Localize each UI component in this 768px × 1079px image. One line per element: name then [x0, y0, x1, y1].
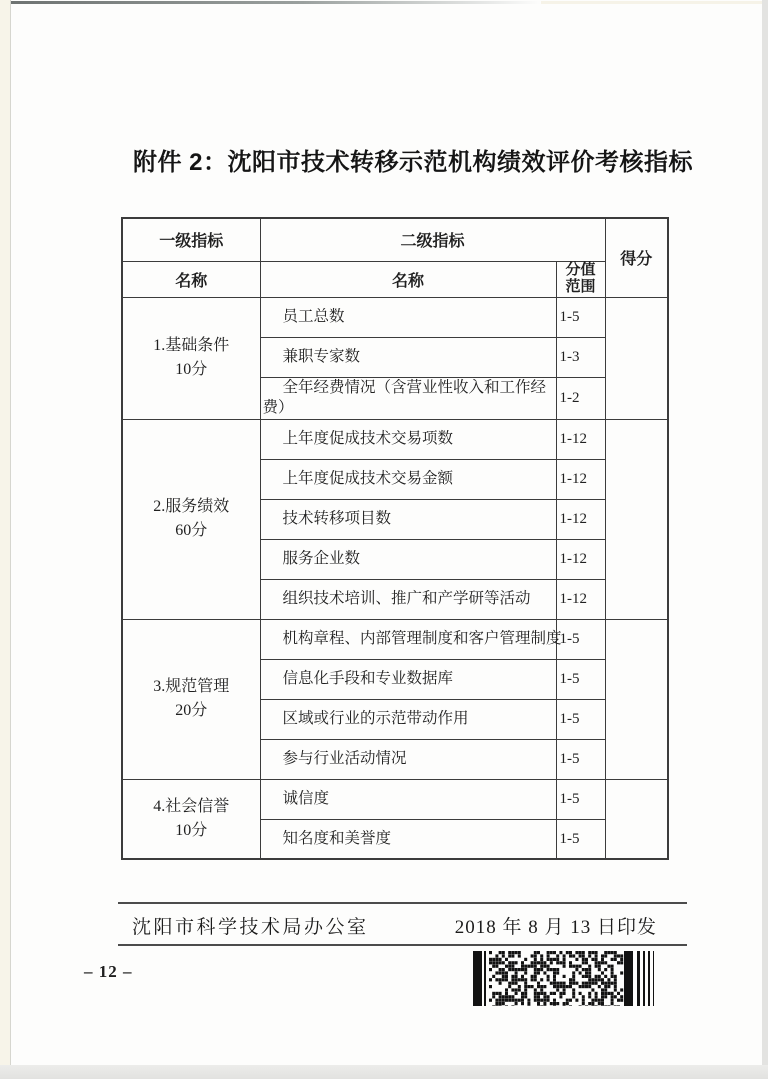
level1-indicator-cell: 4.社会信誉10分	[122, 779, 260, 859]
scan-edge-top-light	[541, 1, 768, 4]
footer-row: 沈阳市科学技术局办公室 2018 年 8 月 13 日印发	[118, 908, 687, 942]
indicator-table-body: 1.基础条件10分员工总数1-5兼职专家数1-3全年经费情况（含营业性收入和工作…	[122, 297, 668, 859]
level2-name-cell: 知名度和美誉度	[260, 819, 556, 859]
level1-indicator-cell: 3.规范管理20分	[122, 619, 260, 779]
table-row: 3.规范管理20分机构章程、内部管理制度和客户管理制度1-5	[122, 619, 668, 659]
print-date: 2018 年 8 月 13 日印发	[455, 912, 687, 939]
level2-name-cell: 全年经费情况（含营业性收入和工作经费）	[260, 377, 556, 419]
indicator-table: 一级指标 二级指标 得分 名称 名称 分值 范围 1.基础条件10分员工总数1-…	[121, 217, 669, 860]
score-range-cell: 1-5	[556, 699, 605, 739]
score-range-cell: 1-5	[556, 739, 605, 779]
score-range-cell: 1-12	[556, 459, 605, 499]
level2-name-cell: 兼职专家数	[260, 337, 556, 377]
score-range-cell: 1-3	[556, 337, 605, 377]
level1-name: 4.社会信誉	[123, 795, 260, 819]
score-range-cell: 1-12	[556, 419, 605, 459]
score-range-cell: 1-12	[556, 579, 605, 619]
level2-name-cell: 诚信度	[260, 779, 556, 819]
score-range-cell: 1-5	[556, 779, 605, 819]
level1-indicator-cell: 2.服务绩效60分	[122, 419, 260, 619]
header-score-range: 分值 范围	[556, 261, 605, 297]
level2-name-cell: 区域或行业的示范带动作用	[260, 699, 556, 739]
scan-edge-top	[11, 1, 541, 4]
header-score: 得分	[605, 218, 668, 297]
level2-name-cell: 机构章程、内部管理制度和客户管理制度	[260, 619, 556, 659]
table-row: 2.服务绩效60分上年度促成技术交易项数1-12	[122, 419, 668, 459]
level1-points: 60分	[123, 519, 260, 543]
level2-name-cell: 组织技术培训、推广和产学研等活动	[260, 579, 556, 619]
score-cell	[605, 619, 668, 779]
level1-name: 1.基础条件	[123, 334, 260, 358]
level1-points: 10分	[123, 358, 260, 382]
level1-points: 20分	[123, 699, 260, 723]
scan-edge-left	[0, 0, 11, 1079]
score-range-cell: 1-5	[556, 619, 605, 659]
level2-name-cell: 技术转移项目数	[260, 499, 556, 539]
level2-name-cell: 上年度促成技术交易项数	[260, 419, 556, 459]
level2-name-cell: 信息化手段和专业数据库	[260, 659, 556, 699]
score-range-cell: 1-12	[556, 539, 605, 579]
footer-rule-bottom	[118, 944, 687, 946]
score-range-cell: 1-5	[556, 659, 605, 699]
issuing-office: 沈阳市科学技术局办公室	[118, 912, 369, 939]
scan-edge-bottom	[0, 1065, 768, 1079]
score-range-cell: 1-5	[556, 819, 605, 859]
level2-name-cell: 上年度促成技术交易金额	[260, 459, 556, 499]
level1-indicator-cell: 1.基础条件10分	[122, 297, 260, 419]
table-row: 4.社会信誉10分诚信度1-5	[122, 779, 668, 819]
level1-points: 10分	[123, 819, 260, 843]
score-range-cell: 1-2	[556, 377, 605, 419]
document-title: 附件 2：沈阳市技术转移示范机构绩效评价考核指标	[133, 142, 693, 177]
page-number: – 12 –	[84, 962, 133, 982]
level2-name-cell: 参与行业活动情况	[260, 739, 556, 779]
table-header: 一级指标 二级指标 得分 名称 名称 分值 范围	[122, 218, 668, 297]
level1-name: 3.规范管理	[123, 675, 260, 699]
scan-edge-right	[762, 0, 768, 1079]
level1-name: 2.服务绩效	[123, 495, 260, 519]
score-cell	[605, 779, 668, 859]
header-level1: 一级指标	[122, 218, 260, 261]
header-name-level2: 名称	[260, 261, 556, 297]
header-score-range-line1: 分值	[557, 262, 605, 280]
header-level2: 二级指标	[260, 218, 605, 261]
barcode	[473, 951, 657, 1006]
header-row-1: 一级指标 二级指标 得分	[122, 218, 668, 261]
level2-name-cell: 服务企业数	[260, 539, 556, 579]
score-cell	[605, 297, 668, 419]
header-score-range-line2: 范围	[557, 279, 605, 297]
footer-rule-top	[118, 902, 687, 904]
score-range-cell: 1-5	[556, 297, 605, 337]
header-name-level1: 名称	[122, 261, 260, 297]
level2-name-cell: 员工总数	[260, 297, 556, 337]
scanned-document-page: 附件 2：沈阳市技术转移示范机构绩效评价考核指标 一级指标 二级指标 得分 名称…	[0, 0, 768, 1079]
header-row-2: 名称 名称 分值 范围	[122, 261, 668, 297]
score-range-cell: 1-12	[556, 499, 605, 539]
table-row: 1.基础条件10分员工总数1-5	[122, 297, 668, 337]
score-cell	[605, 419, 668, 619]
